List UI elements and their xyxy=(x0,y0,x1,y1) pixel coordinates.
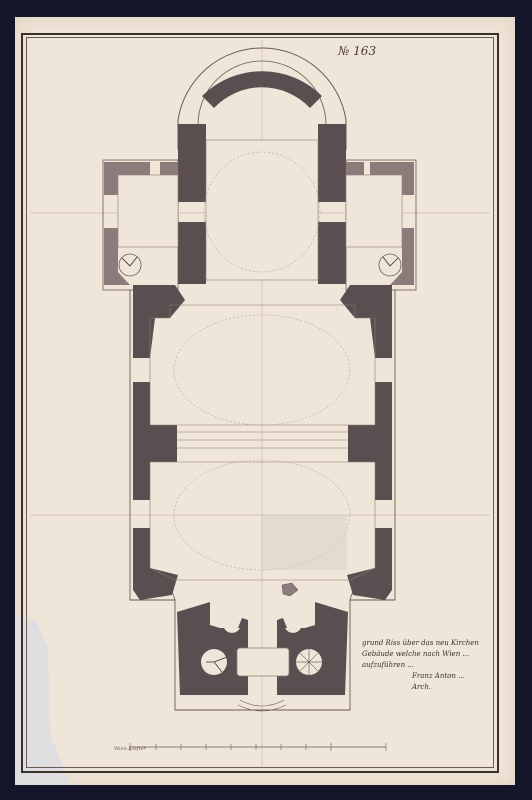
inscription-signature: Franz Anton ... xyxy=(362,671,502,682)
inscription-line: grund Riss über das neu Kirchen xyxy=(362,638,502,649)
inscription-line: Gebäude welche nach Wien ... xyxy=(362,649,502,660)
scale-bar xyxy=(128,739,390,759)
handwritten-inscription: grund Riss über das neu Kirchen Gebäude … xyxy=(362,638,502,693)
inscription-line: aufzuführen ... xyxy=(362,660,502,671)
inscription-title: Arch. xyxy=(362,682,502,693)
